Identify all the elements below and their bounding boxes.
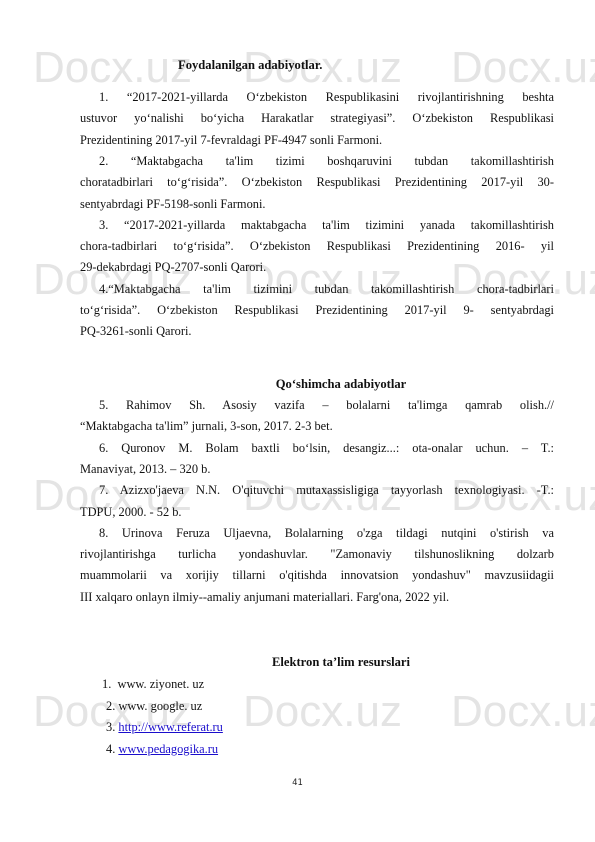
main-heading: Foydalanilgan adabiyotlar. [178, 58, 595, 73]
reference-line: Prezidentining 2017-yil 7-fevraldagi PF-… [80, 133, 554, 148]
additional-reference-line: 7. Azizxo'jaeva N.N. O'qituvchi mutaxass… [99, 483, 554, 498]
list-number: 3. [106, 720, 118, 734]
additional-reference-line: Manaviyat, 2013. – 320 b. [80, 462, 554, 477]
reference-line: to‘g‘risida”. O‘zbekiston Respublikasi P… [80, 303, 554, 318]
page-number: 41 [0, 778, 595, 788]
watermark-text: Docx.uz [33, 46, 192, 90]
list-number: 1. [102, 677, 118, 691]
resource-text: www. ziyonet. uz [118, 677, 205, 691]
additional-reference-line: 6. Quronov M. Bolam baxtli bo‘lsin, desa… [99, 441, 554, 456]
reference-line: ustuvor yo‘nalishi bo‘yicha Harakatlar s… [80, 111, 554, 126]
reference-line: 1. “2017-2021-yillarda O‘zbekiston Respu… [99, 90, 554, 105]
list-number: 4. [106, 742, 118, 756]
electronic-resource-item: 2. www. google. uz [106, 699, 580, 714]
electronic-heading: Elektron ta’lim resurslari [104, 655, 578, 670]
electronic-resource-item[interactable]: 3. http://www.referat.ru [106, 720, 580, 735]
additional-reference-line: rivojlantirishga turlicha yondashuvlar. … [80, 547, 554, 562]
additional-reference-line: 8. Urinova Feruza Uljaevna, Bolalarning … [99, 526, 554, 541]
additional-reference-line: III xalqaro onlayn ilmiy--amaliy anjuman… [80, 590, 554, 605]
document-page: Docx.uzDocx.uzDocx.uzDocx.uzDocx.uzDocx.… [0, 0, 595, 842]
additional-heading: Qo‘shimcha adabiyotlar [104, 377, 578, 392]
reference-line: 29-dekabrdagi PQ-2707-sonli Qarori. [80, 260, 554, 275]
reference-line: choratadbirlari to‘g‘risida”. O‘zbekisto… [80, 175, 554, 190]
list-number: 2. [106, 699, 118, 713]
reference-line: 2. “Maktabgacha ta'lim tizimi boshqaruvi… [99, 154, 554, 169]
electronic-resource-item: 1. www. ziyonet. uz [102, 677, 576, 692]
reference-line: sentyabrdagi PF-5198-sonli Farmoni. [80, 197, 554, 212]
reference-line: 4.“Maktabgacha ta'lim tizimini tubdan ta… [99, 282, 554, 297]
additional-reference-line: TDPU, 2000. - 52 b. [80, 505, 554, 520]
additional-reference-line: muammolarii va xorijiy tillarni o'qitish… [80, 568, 554, 583]
additional-reference-line: “Maktabgacha ta'lim” jurnali, 3-son, 201… [80, 419, 554, 434]
resource-link[interactable]: http://www.referat.ru [118, 720, 222, 734]
reference-line: chora-tadbirlari to‘g‘risida”. O‘zbekist… [80, 239, 554, 254]
resource-text: www. google. uz [118, 699, 202, 713]
additional-reference-line: 5. Rahimov Sh. Asosiy vazifa – bolalarni… [99, 398, 554, 413]
reference-line: 3. “2017-2021-yillarda maktabgacha ta'li… [99, 218, 554, 233]
reference-line: PQ-3261-sonli Qarori. [80, 324, 554, 339]
electronic-resource-item[interactable]: 4. www.pedagogika.ru [106, 742, 580, 757]
resource-link[interactable]: www.pedagogika.ru [118, 742, 218, 756]
